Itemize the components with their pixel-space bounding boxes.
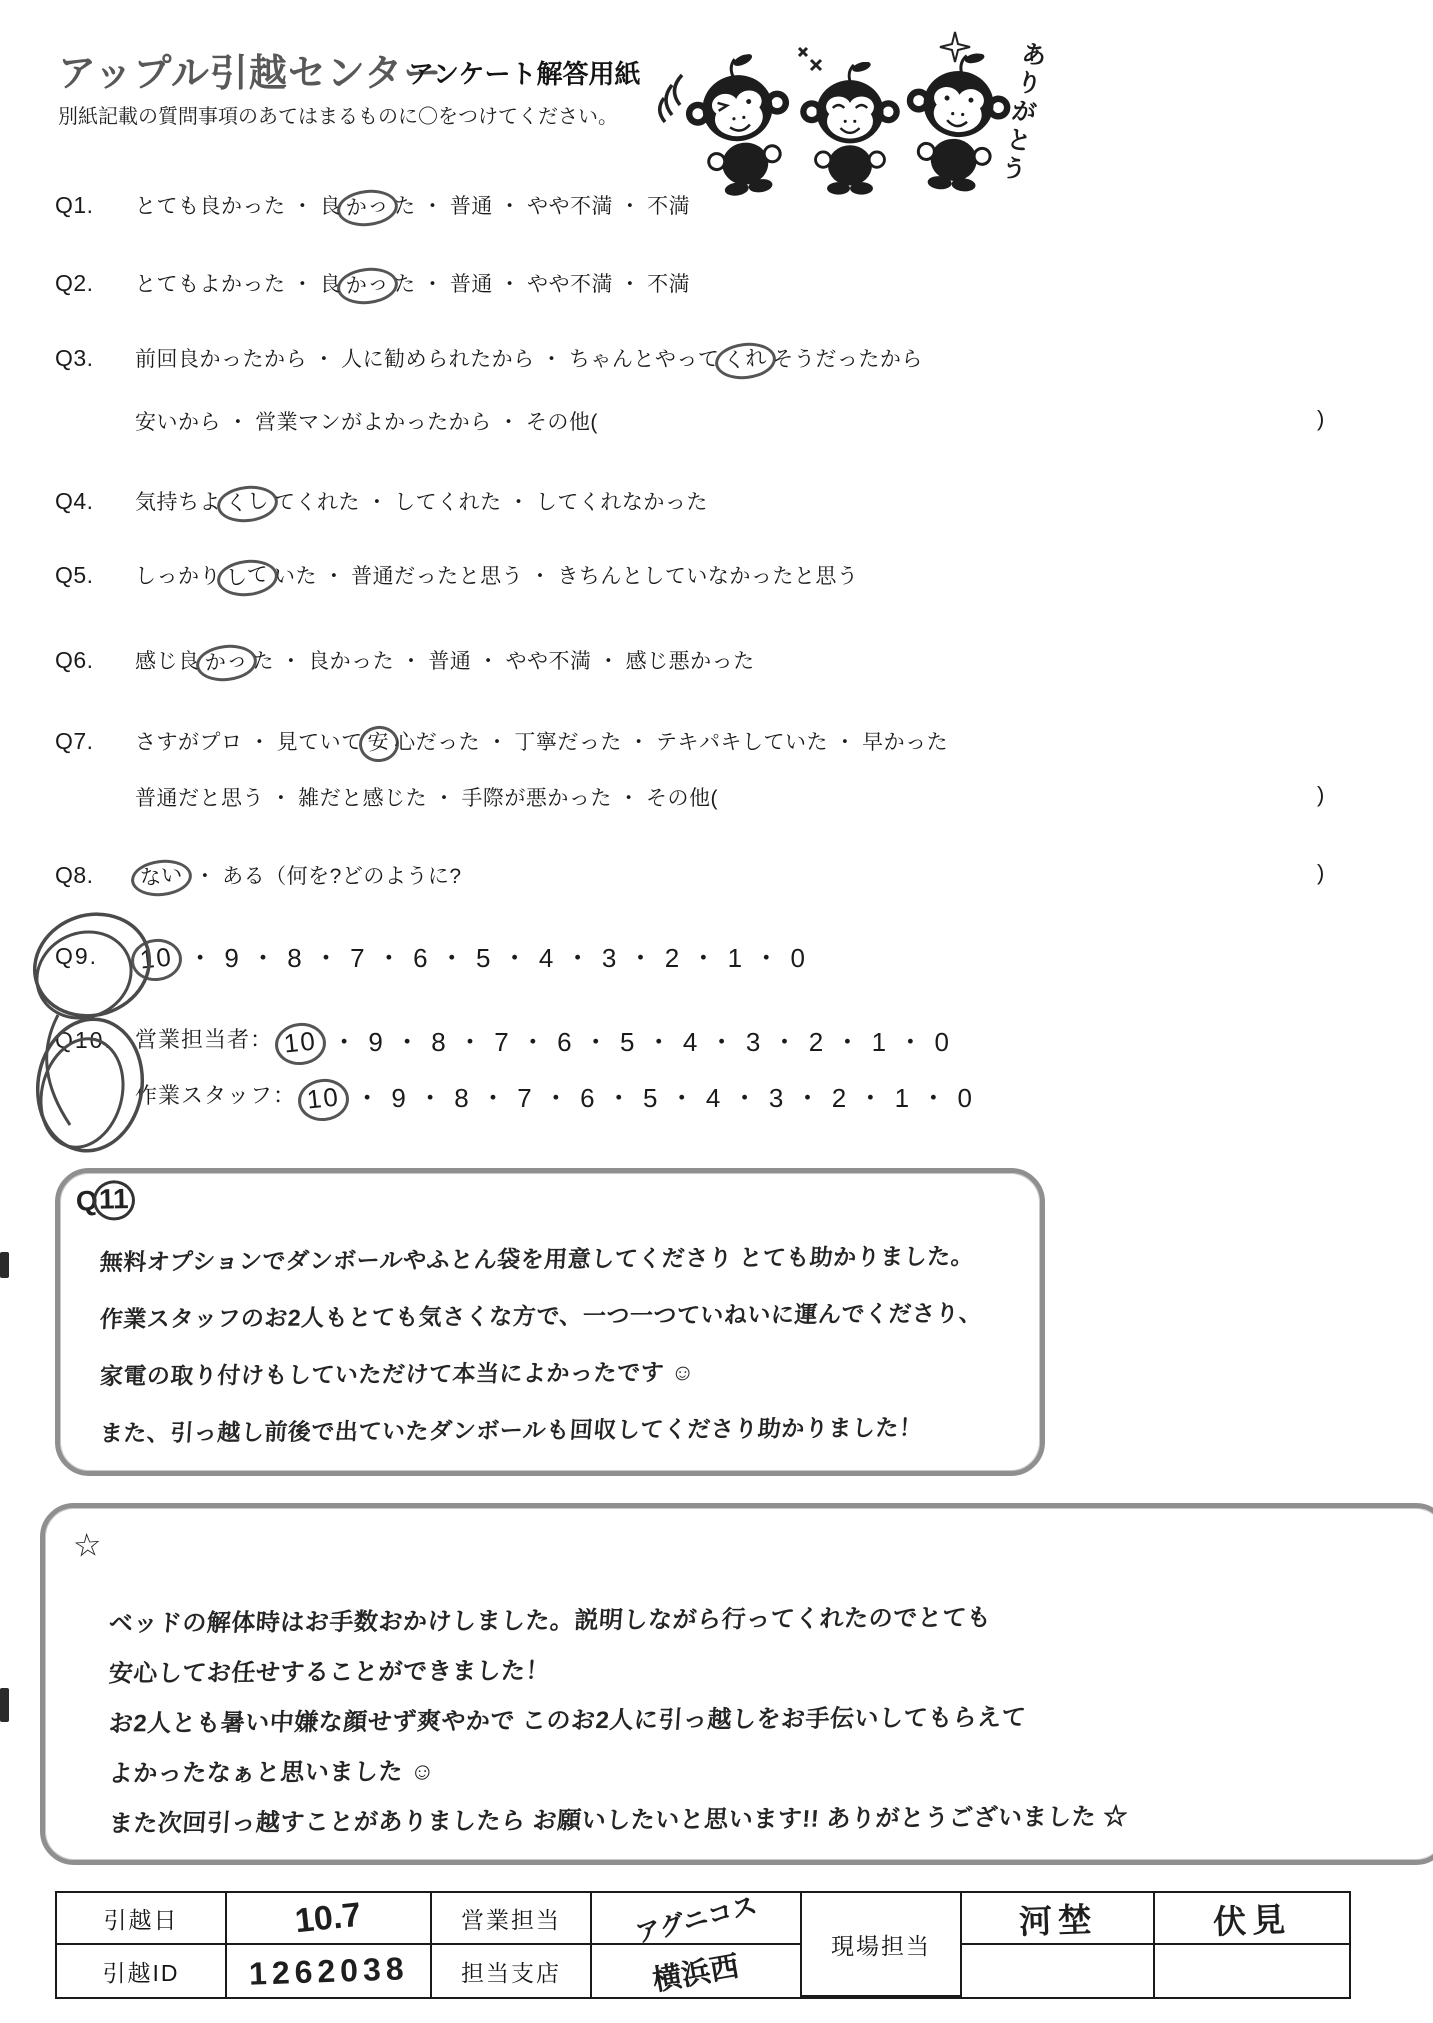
rating-scale: 10 ・ 9 ・ 8 ・ 7 ・ 6 ・ 5 ・ 4 ・ 3 ・ 2 ・ 1 ・… (135, 943, 807, 973)
question-q9: Q9.10 ・ 9 ・ 8 ・ 7 ・ 6 ・ 5 ・ 4 ・ 3 ・ 2 ・ … (55, 938, 1405, 975)
question-q1: Q1.とても良かった ・ 良かった ・ 普通 ・ やや不満 ・ 不満 (55, 190, 1405, 220)
question-label: Q9. (55, 943, 135, 970)
comment-line: ベッドの解体時はお手数おかけしました。説明しながら行ってくれたのでとても (107, 1592, 1129, 1649)
branch-label-cell: 担当支店 (432, 1945, 592, 1997)
handwritten-circle-mark: かっ (335, 187, 399, 229)
question-label: Q3. (55, 345, 135, 372)
sheet-title: アンケート解答用紙 (408, 54, 640, 91)
comment-line: また、引っ越し前後で出ていたダンボールも回収してくださり助かりました！ (98, 1399, 984, 1462)
monkey-mascot-icon (679, 49, 801, 202)
move-date-label-cell: 引越日 (57, 1893, 227, 1945)
move-date-value-cell: 10.7 (227, 1893, 432, 1945)
handwritten-circle-mark: 11 (92, 1180, 134, 1221)
crew-name-1-cell: 河埜 (962, 1893, 1155, 1945)
crew-name-2-cell: 伏見 (1155, 1893, 1349, 1945)
handwritten-circle-mark: 10 (129, 936, 184, 983)
comment-line: 家電の取り付けもしていただけて本当によかったです ☺ (98, 1342, 984, 1405)
question-q7-line2: 普通だと思う ・ 雑だと感じた ・ 手際が悪かった ・ その他( ) (55, 782, 1405, 812)
question-label: Q2. (55, 270, 135, 297)
question-q7: Q7.さすがプロ ・ 見ていて安心だった ・ 丁寧だった ・ テキパキしていた … (55, 726, 1405, 756)
question-q8: Q8.ない ・ ある（何を?どのように? ) (55, 860, 1405, 890)
comment-box-label: Q11 (75, 1179, 136, 1223)
question-q4: Q4.気持ちよくしてくれた ・ してくれた ・ してくれなかった (55, 486, 1405, 516)
sales-value-cell: アグニコス (592, 1893, 802, 1945)
close-paren: ) (1317, 406, 1325, 432)
comment-line: 無料オプションでダンボールやふとん袋を用意してくださり とても助かりました。 (98, 1228, 984, 1291)
monkey-mascot-icon (800, 62, 900, 196)
handwritten-circle-mark: 10 (296, 1076, 351, 1123)
rating-scale: 10 ・ 9 ・ 8 ・ 7 ・ 6 ・ 5 ・ 4 ・ 3 ・ 2 ・ 1 ・… (302, 1083, 974, 1113)
close-paren: ) (1317, 860, 1325, 886)
question-label: Q8. (55, 862, 135, 889)
question-label: Q4. (55, 488, 135, 515)
survey-sheet: アップル引越センター アンケート解答用紙 別紙記載の質問事項のあてはまるものに〇… (0, 0, 1433, 2023)
comment-line: 作業スタッフのお2人もとても気さくな方で、一つ一つていねいに運んでくださり、 (98, 1285, 984, 1348)
question-options: さすがプロ ・ 見ていて安心だった ・ 丁寧だった ・ テキパキしていた ・ 早… (135, 731, 948, 754)
question-label: Q5. (55, 562, 135, 589)
comment-line: また次回引っ越すことがありましたら お願いしたいと思います!! ありがとうござい… (107, 1792, 1129, 1849)
handwritten-circle-mark: 10 (273, 1020, 328, 1067)
handwritten-circle-mark: くれ (714, 340, 778, 382)
question-q5: Q5.しっかりしていた ・ 普通だったと思う ・ きちんとしていなかったと思う (55, 560, 1405, 590)
handwritten-comment: 無料オプションでダンボールやふとん袋を用意してくださり とても助かりました。 作… (100, 1231, 982, 1459)
empty-cell (962, 1945, 1155, 1997)
footer-info-table: 引越日 10.7 営業担当 アグニコス 現場担当 河埜 伏見 引越ID 1262… (55, 1891, 1351, 1999)
branch-value-cell: 横浜西 (592, 1945, 802, 1997)
rating-scale: 10 ・ 9 ・ 8 ・ 7 ・ 6 ・ 5 ・ 4 ・ 3 ・ 2 ・ 1 ・… (279, 1027, 951, 1057)
question-options: とてもよかった ・ 良かった ・ 普通 ・ やや不満 ・ 不満 (135, 273, 690, 296)
question-q3: Q3.前回良かったから ・ 人に勧められたから ・ ちゃんとやってくれそうだった… (55, 343, 1405, 373)
question-label: Q6. (55, 647, 135, 674)
handwritten-circle-mark: かっ (194, 642, 258, 684)
rating-row-label: 作業スタッフ： (135, 1083, 296, 1108)
scan-artifact (0, 1252, 9, 1278)
comment-box-q11: Q11 無料オプションでダンボールやふとん袋を用意してくださり とても助かりまし… (55, 1168, 1045, 1476)
handwritten-comment: ベッドの解体時はお手数おかけしました。説明しながら行ってくれたのでとても 安心し… (109, 1596, 1128, 1846)
question-options: とても良かった ・ 良かった ・ 普通 ・ やや不満 ・ 不満 (135, 195, 690, 218)
question-label: Q1. (55, 192, 135, 219)
sales-label-cell: 営業担当 (432, 1893, 592, 1945)
question-label: Q7. (55, 728, 135, 755)
empty-cell (1155, 1945, 1349, 1997)
question-q3-line2: 安いから ・ 営業マンがよかったから ・ その他( ) (55, 406, 1405, 436)
handwritten-circle-mark: ない (129, 857, 193, 899)
question-options: しっかりしていた ・ 普通だったと思う ・ きちんとしていなかったと思う (135, 565, 858, 588)
handwritten-circle-mark: して (215, 557, 279, 599)
question-options: 気持ちよくしてくれた ・ してくれた ・ してくれなかった (135, 491, 708, 514)
question-options: 前回良かったから ・ 人に勧められたから ・ ちゃんとやってくれそうだったから (135, 348, 923, 371)
star-label: ☆ (72, 1525, 103, 1565)
close-paren: ) (1317, 782, 1325, 808)
comment-line: よかったなぁと思いました ☺ (107, 1742, 1129, 1799)
move-id-value-cell: 1262038 (227, 1945, 432, 1997)
move-id-label-cell: 引越ID (57, 1945, 227, 1997)
rating-row-label: 営業担当者： (135, 1027, 273, 1052)
question-options: 感じ良かった ・ 良かった ・ 普通 ・ やや不満 ・ 感じ悪かった (135, 650, 755, 673)
question-options: 普通だと思う ・ 雑だと感じた ・ 手際が悪かった ・ その他( (135, 787, 718, 810)
company-logo: アップル引越センター (58, 42, 442, 97)
comment-box-star: ☆ ベッドの解体時はお手数おかけしました。説明しながら行ってくれたのでとても 安… (40, 1503, 1433, 1865)
comment-line: お2人とも暑い中嫌な顔せず爽やかで このお2人に引っ越しをお手伝いしてもらえて (107, 1692, 1129, 1749)
question-q10-sales: Q10.営業担当者：10 ・ 9 ・ 8 ・ 7 ・ 6 ・ 5 ・ 4 ・ 3… (55, 1022, 1405, 1059)
handwritten-circle-mark: かっ (335, 265, 399, 307)
question-options: ない ・ ある（何を?どのように? (135, 865, 462, 888)
question-options: 安いから ・ 営業マンがよかったから ・ その他( (135, 411, 598, 434)
scan-artifact (0, 1688, 9, 1722)
crew-label-cell: 現場担当 (802, 1893, 962, 1997)
question-q2: Q2.とてもよかった ・ 良かった ・ 普通 ・ やや不満 ・ 不満 (55, 268, 1405, 298)
question-label: Q10. (55, 1027, 135, 1054)
instruction-text: 別紙記載の質問事項のあてはまるものに〇をつけてください。 (58, 100, 618, 129)
handwritten-circle-mark: くし (215, 483, 279, 525)
comment-line: 安心してお任せすることができました！ (107, 1642, 1129, 1699)
question-q6: Q6.感じ良かった ・ 良かった ・ 普通 ・ やや不満 ・ 感じ悪かった (55, 645, 1405, 675)
question-q10-staff: 作業スタッフ：10 ・ 9 ・ 8 ・ 7 ・ 6 ・ 5 ・ 4 ・ 3 ・ … (55, 1078, 1405, 1115)
